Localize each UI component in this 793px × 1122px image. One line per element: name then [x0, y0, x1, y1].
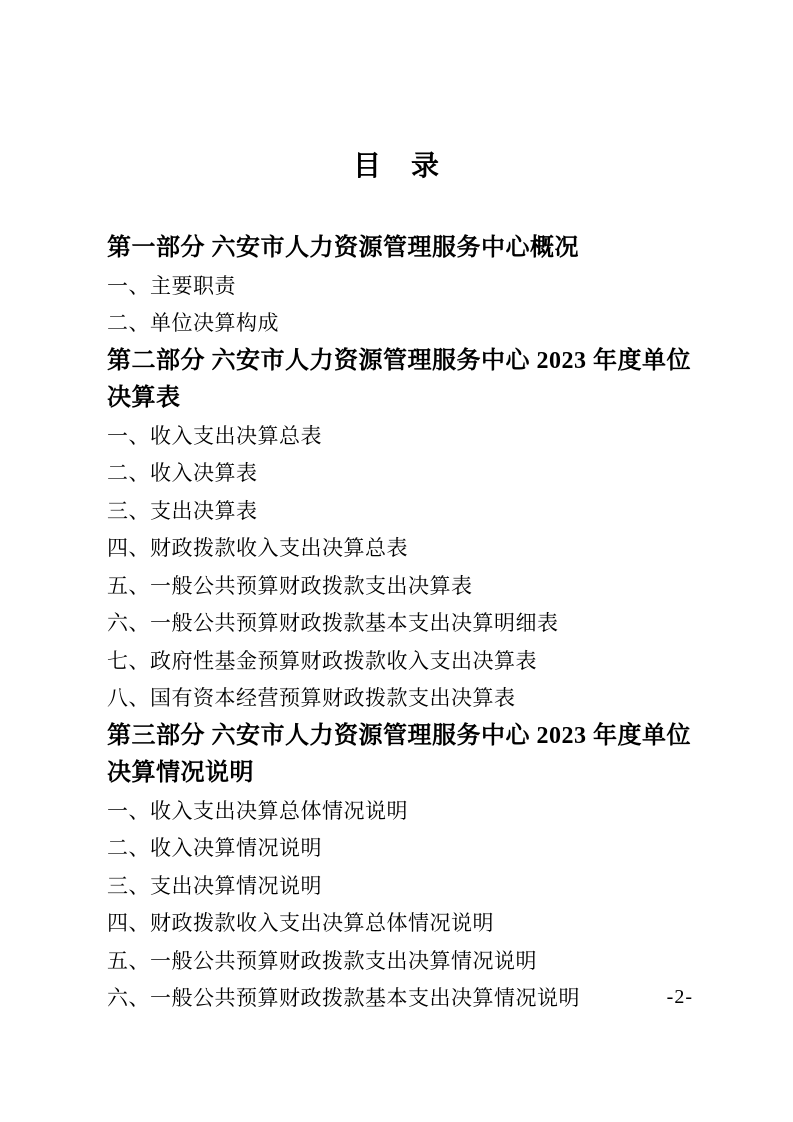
section-heading-part3: 第三部分 六安市人力资源管理服务中心 2023 年度单位 决算情况说明	[107, 718, 693, 793]
toc-item: 五、一般公共预算财政拨款支出决算表	[107, 568, 693, 606]
toc-item: 六、一般公共预算财政拨款基本支出决算明细表	[107, 605, 693, 643]
toc-item: 四、财政拨款收入支出决算总体情况说明	[107, 905, 693, 943]
toc-item: 六、一般公共预算财政拨款基本支出决算情况说明	[107, 980, 693, 1018]
toc-item: 二、单位决算构成	[107, 305, 693, 343]
toc-item: 一、收入支出决算总体情况说明	[107, 793, 693, 831]
toc-item: 五、一般公共预算财政拨款支出决算情况说明	[107, 943, 693, 981]
toc-item: 七、政府性基金预算财政拨款收入支出决算表	[107, 643, 693, 681]
section-heading-part2: 第二部分 六安市人力资源管理服务中心 2023 年度单位 决算表	[107, 343, 693, 418]
table-of-contents: 第一部分 六安市人力资源管理服务中心概况 一、主要职责 二、单位决算构成 第二部…	[107, 230, 693, 1018]
toc-item: 二、收入决算情况说明	[107, 830, 693, 868]
toc-item: 三、支出决算情况说明	[107, 868, 693, 906]
doc-title: 目 录	[0, 0, 793, 184]
toc-item: 一、主要职责	[107, 268, 693, 306]
toc-item: 四、财政拨款收入支出决算总表	[107, 530, 693, 568]
page-number: -2-	[667, 986, 693, 1009]
toc-item: 二、收入决算表	[107, 455, 693, 493]
toc-item: 三、支出决算表	[107, 493, 693, 531]
toc-item: 八、国有资本经营预算财政拨款支出决算表	[107, 680, 693, 718]
toc-item: 一、收入支出决算总表	[107, 418, 693, 456]
document-page: 目 录 第一部分 六安市人力资源管理服务中心概况 一、主要职责 二、单位决算构成…	[0, 0, 793, 1122]
section-heading-part1: 第一部分 六安市人力资源管理服务中心概况	[107, 230, 693, 268]
